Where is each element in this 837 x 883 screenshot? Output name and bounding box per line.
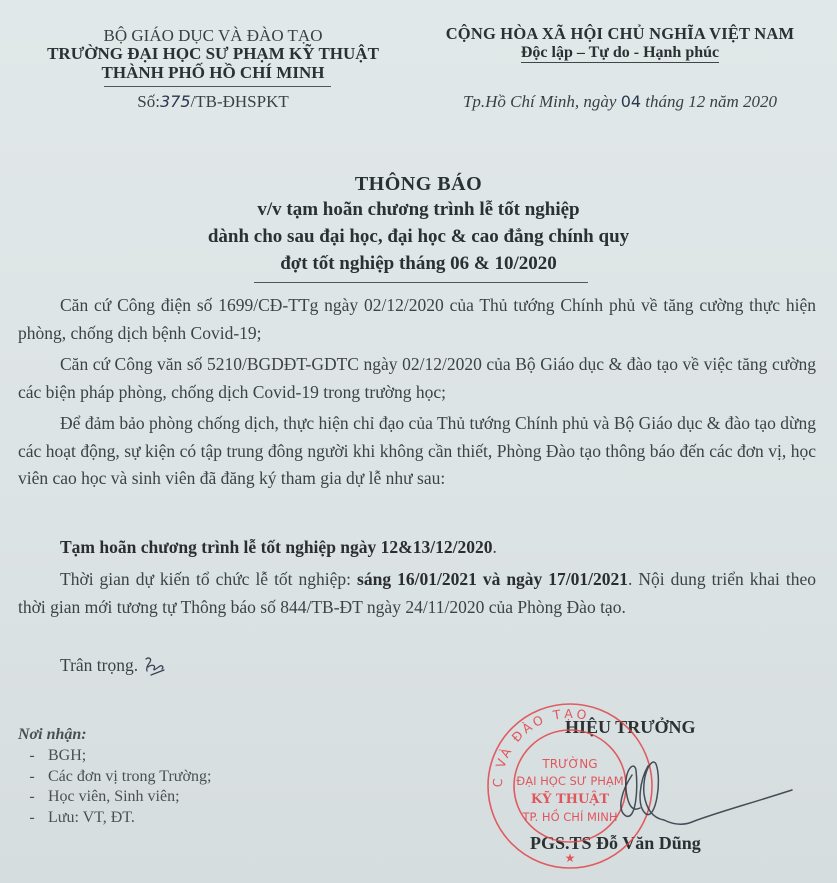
document-page: BỘ GIÁO DỤC VÀ ĐÀO TẠO TRƯỜNG ĐẠI HỌC SƯ… bbox=[0, 0, 837, 883]
recipient-text: Các đơn vị trong Trường; bbox=[48, 768, 211, 785]
title-underline bbox=[254, 282, 588, 283]
school-name-line1: TRƯỜNG ĐẠI HỌC SƯ PHẠM KỸ THUẬT bbox=[18, 44, 408, 64]
bullet-dash: - bbox=[20, 808, 44, 829]
recipients-list: - BGH; - Các đơn vị trong Trường; - Học … bbox=[18, 746, 211, 828]
body-paragraph-2: Căn cứ Công văn số 5210/BGDĐT-GDTC ngày … bbox=[18, 351, 816, 406]
header-left-underline bbox=[104, 86, 331, 87]
schedule-intro: Thời gian dự kiến tổ chức lễ tốt nghiệp: bbox=[60, 569, 357, 589]
closing-paragraph: Trân trọng. bbox=[18, 652, 816, 680]
schedule-dates: sáng 16/01/2021 và ngày 17/01/2021 bbox=[357, 569, 628, 589]
recipient-item: - BGH; bbox=[18, 746, 211, 767]
ministry-name: BỘ GIÁO DỤC VÀ ĐÀO TẠO bbox=[18, 26, 408, 46]
announcement-text: Tạm hoãn chương trình lễ tốt nghiệp ngày… bbox=[60, 537, 492, 557]
national-motto: Độc lập – Tự do - Hạnh phúc bbox=[420, 44, 820, 62]
issue-date-suffix: tháng 12 năm 2020 bbox=[641, 92, 777, 111]
announcement-period: . bbox=[492, 537, 496, 557]
stamp-line2: ĐẠI HỌC SƯ PHẠM bbox=[516, 774, 623, 788]
national-title: CỘNG HÒA XÃ HỘI CHỦ NGHĨA VIỆT NAM bbox=[420, 24, 820, 44]
issue-date-prefix: Tp.Hồ Chí Minh, ngày bbox=[463, 92, 621, 111]
document-subject-line2: dành cho sau đại học, đại học & cao đẳng… bbox=[0, 226, 837, 248]
issue-date: Tp.Hồ Chí Minh, ngày 04 tháng 12 năm 202… bbox=[420, 92, 820, 112]
issue-date-day-handwritten: 04 bbox=[621, 92, 641, 111]
announcement-paragraph: Tạm hoãn chương trình lễ tốt nghiệp ngày… bbox=[18, 534, 816, 562]
stamp-line3: KỸ THUẬT bbox=[531, 791, 609, 807]
school-name-line2: THÀNH PHỐ HỒ CHÍ MINH bbox=[18, 63, 408, 83]
recipient-item: - Lưu: VT, ĐT. bbox=[18, 808, 211, 829]
recipient-text: BGH; bbox=[48, 747, 86, 764]
recipient-item: - Học viên, Sinh viên; bbox=[18, 787, 211, 808]
body-paragraph-3: Để đảm bảo phòng chống dịch, thực hiện c… bbox=[18, 410, 816, 493]
bullet-dash: - bbox=[20, 767, 44, 788]
recipient-text: Lưu: VT, ĐT. bbox=[48, 809, 135, 826]
national-motto-text: Độc lập – Tự do - Hạnh phúc bbox=[521, 44, 719, 63]
recipient-item: - Các đơn vị trong Trường; bbox=[18, 767, 211, 788]
recipients-block: Nơi nhận: - BGH; - Các đơn vị trong Trườ… bbox=[18, 724, 211, 828]
svg-text:★: ★ bbox=[565, 851, 576, 865]
recipient-text: Học viên, Sinh viên; bbox=[48, 788, 180, 805]
bullet-dash: - bbox=[20, 746, 44, 767]
closing-text: Trân trọng. bbox=[60, 655, 138, 675]
document-subject-line1: v/v tạm hoãn chương trình lễ tốt nghiệp bbox=[0, 199, 837, 221]
document-title: THÔNG BÁO bbox=[0, 173, 837, 196]
stamp-line4: TP. HỒ CHÍ MINH bbox=[521, 808, 617, 824]
recipients-title: Nơi nhận: bbox=[18, 724, 211, 746]
document-number-prefix: Số: bbox=[137, 92, 160, 111]
document-number: Số:375/TB-ĐHSPKT bbox=[18, 92, 408, 112]
document-number-suffix: /TB-ĐHSPKT bbox=[191, 92, 289, 111]
initials-mark-icon bbox=[142, 655, 172, 677]
document-subject-line3: đợt tốt nghiệp tháng 06 & 10/2020 bbox=[0, 253, 837, 275]
body-paragraph-5: Thời gian dự kiến tổ chức lễ tốt nghiệp:… bbox=[18, 566, 816, 621]
stamp-line1: TRƯỜNG bbox=[541, 756, 597, 771]
body-paragraph-1: Căn cứ Công điện số 1699/CĐ-TTg ngày 02/… bbox=[18, 292, 816, 347]
document-number-handwritten: 375 bbox=[160, 92, 191, 111]
bullet-dash: - bbox=[20, 787, 44, 808]
handwritten-signature-icon bbox=[612, 760, 802, 840]
